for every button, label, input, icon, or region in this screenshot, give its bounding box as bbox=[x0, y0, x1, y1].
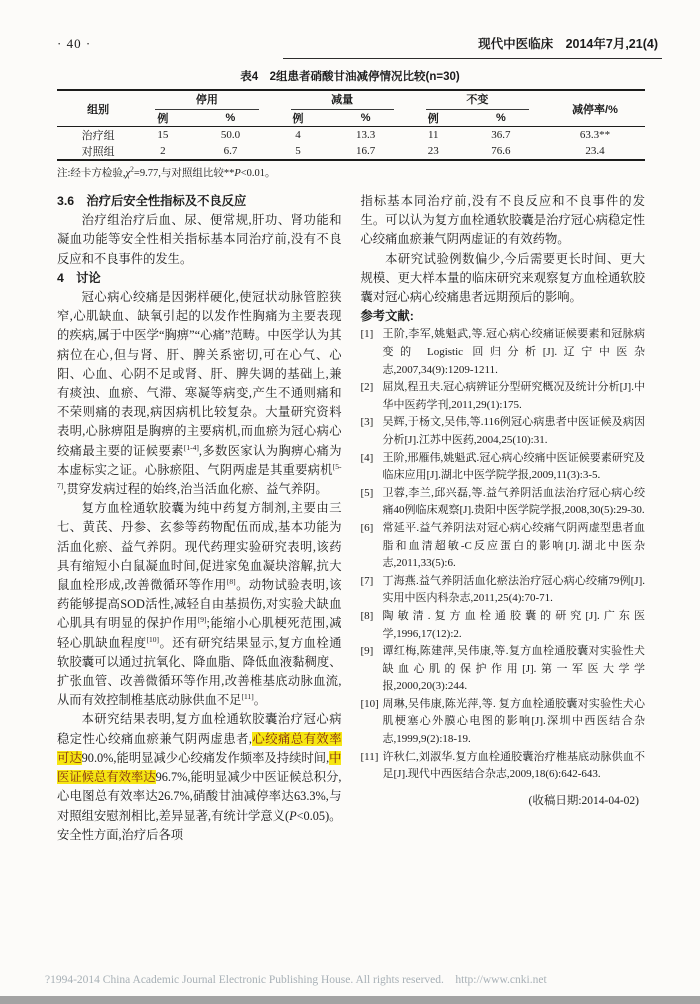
col-header-reduce: 减量 bbox=[275, 90, 410, 110]
sub-header-n: 例 bbox=[275, 110, 322, 127]
reference-text: 许秋仁,刘淑华.复方血栓通胶囊治疗椎基底动脉供血不足[J].现代中西医结合杂志,… bbox=[383, 751, 646, 781]
sub-header-pct: % bbox=[322, 110, 410, 127]
paragraph-discussion-2: 复方血栓通软胶囊为纯中药复方制剂,主要由三七、黄芪、丹参、玄参等药物配伍而成,基… bbox=[57, 499, 342, 710]
reference-item: [11]许秋仁,刘淑华.复方血栓通胶囊治疗椎基底动脉供血不足[J].现代中西医结… bbox=[361, 749, 646, 784]
paragraph-discussion-3: 本研究结果表明,复方血栓通软胶囊治疗冠心病稳定性心绞痛血瘀兼气阴两虚患者,心绞痛… bbox=[57, 710, 342, 844]
page-number: · 40 · bbox=[57, 36, 91, 52]
table-cell: 50.0 bbox=[186, 127, 274, 144]
table-cell: 36.7 bbox=[457, 127, 545, 144]
paragraph-safety: 治疗组治疗后血、尿、便常规,肝功、肾功能和凝血功能等安全性相关指标基本同治疗前,… bbox=[57, 211, 342, 269]
table-cell: 15 bbox=[139, 127, 186, 144]
reference-text: 屈岚,程丑夫.冠心病辨证分型研究概况及统计分析[J].中华中医药学刊,2011,… bbox=[383, 381, 646, 411]
two-column-body: 3.6 治疗后安全性指标及不良反应 治疗组治疗后血、尿、便常规,肝功、肾功能和凝… bbox=[57, 192, 645, 845]
reference-item: [5]卫蓉,李兰,邱兴磊,等.益气养阴活血法治疗冠心病心绞痛40例临床观察[J]… bbox=[361, 485, 646, 520]
reference-number: [3] bbox=[361, 414, 374, 432]
table-row-treatment: 治疗组 15 50.0 4 13.3 11 36.7 63.3** bbox=[57, 127, 645, 144]
reference-text: 王阶,邢雁伟,姚魁武.冠心病心绞痛中医证候要素研究及临床应用[J].湖北中医学院… bbox=[383, 452, 646, 482]
journal-page: · 40 · 现代中医临床 2014年7月,21(4) 表4 2组患者硝酸甘油减… bbox=[0, 0, 700, 1004]
reference-item: [4]王阶,邢雁伟,姚魁武.冠心病心绞痛中医证候要素研究及临床应用[J].湖北中… bbox=[361, 450, 646, 485]
right-column: 指标基本同治疗前,没有不良反应和不良事件的发生。可以认为复方血栓通软胶囊是治疗冠… bbox=[361, 192, 646, 845]
reference-text: 王阶,李军,姚魁武,等.冠心病心绞痛证候要素和冠脉病变的 Logistic 回归… bbox=[383, 328, 646, 375]
reference-number: [9] bbox=[361, 643, 374, 661]
row-label: 治疗组 bbox=[57, 127, 139, 144]
reference-item: [3]吴辉,于杨文,吴伟,等.116例冠心病患者中医证候及病因分析[J].江苏中… bbox=[361, 414, 646, 449]
section-heading-4: 4 讨论 bbox=[57, 269, 342, 288]
table-cell-rate: 63.3** bbox=[545, 127, 645, 144]
scan-edge bbox=[0, 996, 700, 1004]
table-cell: 2 bbox=[139, 143, 186, 160]
sub-header-n: 例 bbox=[410, 110, 457, 127]
reference-item: [6]常延平.益气养阴法对冠心病心绞痛气阴两虚型患者血脂和血清超敏-C反应蛋白的… bbox=[361, 520, 646, 573]
paragraph-discussion-1: 冠心病心绞痛是因粥样硬化,使冠状动脉管腔狭窄,心肌缺血、缺氧引起的以发作性胸痛为… bbox=[57, 288, 342, 499]
reference-number: [1] bbox=[361, 326, 374, 344]
table-cell: 16.7 bbox=[322, 143, 410, 160]
reference-item: [1]王阶,李军,姚魁武,等.冠心病心绞痛证候要素和冠脉病变的 Logistic… bbox=[361, 326, 646, 379]
journal-title: 现代中医临床 2014年7月,21(4) bbox=[478, 34, 658, 52]
header-rule bbox=[283, 58, 662, 59]
section-heading-3-6: 3.6 治疗后安全性指标及不良反应 bbox=[57, 192, 342, 211]
table-cell-rate: 23.4 bbox=[545, 143, 645, 160]
row-label: 对照组 bbox=[57, 143, 139, 160]
left-column: 3.6 治疗后安全性指标及不良反应 治疗组治疗后血、尿、便常规,肝功、肾功能和凝… bbox=[57, 192, 342, 845]
reference-number: [6] bbox=[361, 520, 374, 538]
reference-number: [10] bbox=[361, 696, 379, 714]
reference-text: 卫蓉,李兰,邱兴磊,等.益气养阴活血法治疗冠心病心绞痛40例临床观察[J].贵阳… bbox=[383, 487, 646, 517]
reference-text: 常延平.益气养阴法对冠心病心绞痛气阴两虚型患者血脂和血清超敏-C反应蛋白的影响[… bbox=[383, 522, 646, 569]
reference-number: [11] bbox=[361, 749, 379, 767]
col-header-rate: 减停率/% bbox=[545, 90, 645, 127]
nitroglycerin-reduction-table: 组别 停用 减量 不变 减停率/% 例 % 例 % 例 % 治疗组 15 50.… bbox=[57, 89, 645, 161]
reference-number: [8] bbox=[361, 608, 374, 626]
reference-text: 谭红梅,陈建萍,吴伟康,等.复方血栓通胶囊对实验性犬缺血心肌的保护作用[J].第… bbox=[383, 645, 646, 692]
page-header: · 40 · 现代中医临床 2014年7月,21(4) bbox=[57, 34, 658, 52]
paragraph-limitations: 本研究试验例数偏少,今后需要更长时间、更大规模、更大样本量的临床研究来观察复方血… bbox=[361, 250, 646, 308]
reference-number: [7] bbox=[361, 573, 374, 591]
sub-header-n: 例 bbox=[139, 110, 186, 127]
reference-number: [5] bbox=[361, 485, 374, 503]
reference-text: 吴辉,于杨文,吴伟,等.116例冠心病患者中医证候及病因分析[J].江苏中医药,… bbox=[383, 416, 646, 446]
table-cell: 6.7 bbox=[186, 143, 274, 160]
col-header-group: 组别 bbox=[57, 90, 139, 127]
table-cell: 11 bbox=[410, 127, 457, 144]
sub-header-pct: % bbox=[186, 110, 274, 127]
table-row-control: 对照组 2 6.7 5 16.7 23 76.6 23.4 bbox=[57, 143, 645, 160]
table-cell: 76.6 bbox=[457, 143, 545, 160]
table-cell: 5 bbox=[275, 143, 322, 160]
table-header-row-1: 组别 停用 减量 不变 减停率/% bbox=[57, 90, 645, 110]
table-title: 表4 2组患者硝酸甘油减停情况比较(n=30) bbox=[57, 68, 643, 84]
reference-item: [7]丁海燕.益气养阴活血化瘀法治疗冠心病心绞痛79例[J].实用中医内科杂志,… bbox=[361, 573, 646, 608]
reference-item: [8]陶敏清.复方血栓通胶囊的研究[J].广东医学,1996,17(12):2. bbox=[361, 608, 646, 643]
received-date: (收稿日期:2014-04-02) bbox=[361, 792, 646, 811]
col-header-unchanged: 不变 bbox=[410, 90, 545, 110]
reference-number: [4] bbox=[361, 450, 374, 468]
references-heading: 参考文献: bbox=[361, 307, 646, 326]
reference-text: 陶敏清.复方血栓通胶囊的研究[J].广东医学,1996,17(12):2. bbox=[383, 610, 646, 640]
col-header-stop: 停用 bbox=[139, 90, 274, 110]
reference-item: [10]周琳,吴伟康,陈光萍,等. 复方血栓通胶囊对实验性犬心肌梗塞心外膜心电图… bbox=[361, 696, 646, 749]
reference-text: 丁海燕.益气养阴活血化瘀法治疗冠心病心绞痛79例[J].实用中医内科杂志,201… bbox=[383, 575, 646, 605]
reference-item: [2]屈岚,程丑夫.冠心病辨证分型研究概况及统计分析[J].中华中医药学刊,20… bbox=[361, 379, 646, 414]
reference-number: [2] bbox=[361, 379, 374, 397]
table-cell: 23 bbox=[410, 143, 457, 160]
paragraph-discussion-3-continued: 指标基本同治疗前,没有不良反应和不良事件的发生。可以认为复方血栓通软胶囊是治疗冠… bbox=[361, 192, 646, 250]
sub-header-pct: % bbox=[457, 110, 545, 127]
table-cell: 13.3 bbox=[322, 127, 410, 144]
reference-text: 周琳,吴伟康,陈光萍,等. 复方血栓通胶囊对实验性犬心肌梗塞心外膜心电图的影响[… bbox=[383, 698, 646, 745]
reference-item: [9]谭红梅,陈建萍,吴伟康,等.复方血栓通胶囊对实验性犬缺血心肌的保护作用[J… bbox=[361, 643, 646, 696]
cnki-copyright-footer: ?1994-2014 China Academic Journal Electr… bbox=[45, 974, 670, 986]
reference-list: [1]王阶,李军,姚魁武,等.冠心病心绞痛证候要素和冠脉病变的 Logistic… bbox=[361, 326, 646, 783]
table-cell: 4 bbox=[275, 127, 322, 144]
table-note: 注:经卡方检验,χ2=9.77,与对照组比较**P<0.01。 bbox=[57, 165, 643, 180]
